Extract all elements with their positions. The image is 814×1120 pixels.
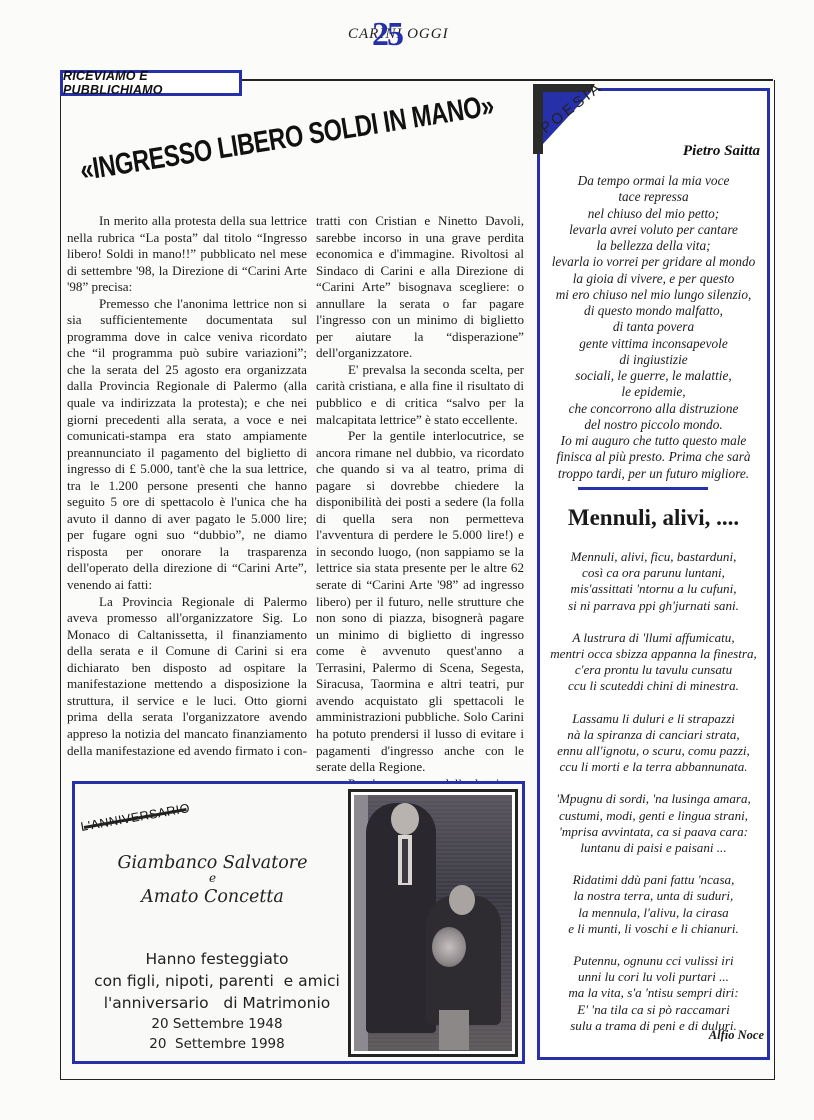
poem-line: ccu li scuteddi chini di minestra.: [540, 678, 767, 694]
poem-line: c'era prontu lu tavulu cunsatu: [540, 662, 767, 678]
article-column-2: tratti con Cristian e Ninetto Davoli, sa…: [316, 213, 524, 826]
poem-line: finisca al più presto. Prima che sarà: [540, 449, 767, 465]
poem-line: ccu li morti e la terra abbannunata.: [540, 759, 767, 775]
poem-line: del nostro piccolo mondo.: [540, 417, 767, 433]
poem-line: Io mi auguro che tutto questo male: [540, 433, 767, 449]
poem-line: di tanta povera: [540, 319, 767, 335]
poem-stanza: A lustrura di 'llumi affumicatu, mentri …: [540, 630, 767, 695]
article-column-1: In merito alla protesta della sua lettri…: [67, 213, 307, 759]
poem-divider: [578, 487, 708, 490]
anniversary-line: con figli, nipoti, parenti e amici: [76, 970, 358, 992]
poem1-body: Da tempo ormai la mia voce tace repressa…: [540, 173, 767, 482]
section-label: RICEVIAMO E PUBBLICHIAMO: [60, 70, 242, 96]
poem-line: nel chiuso del mio petto;: [540, 206, 767, 222]
poem-line: E' 'na tila ca si pò raccamari: [540, 1002, 767, 1018]
poem1-author: Pietro Saitta: [600, 143, 760, 160]
photo-legs: [439, 1010, 469, 1050]
poem-line: le epidemie,: [540, 384, 767, 400]
poem-line: mis'assittati 'ntornu a lu cufuni,: [540, 581, 767, 597]
poem-line: la bellezza della vita;: [540, 238, 767, 254]
poem-line: che concorrono alla distruzione: [540, 401, 767, 417]
poem-line: si ni parrava ppi gh'jurnati sani.: [540, 598, 767, 614]
poem-line: levarla io vorrei per gridare al mondo: [540, 254, 767, 270]
poem-line: la gioia di vivere, e per questo: [540, 271, 767, 287]
anniversary-date: 20 Settembre 1948: [76, 1014, 358, 1034]
poem-line: la nostra terra, unta di suduri,: [540, 888, 767, 904]
poem-stanza: Lassamu li duluri e li strapazzi nà la s…: [540, 711, 767, 776]
poem-stanza: Mennuli, alivi, ficu, bastarduni, così c…: [540, 549, 767, 614]
poem-line: ma la vita, s'a 'ntisu sempri diri:: [540, 985, 767, 1001]
poem-line: Da tempo ormai la mia voce: [540, 173, 767, 189]
poem-line: mi ero chiuso nel mio lungo silenzio,: [540, 287, 767, 303]
poem-line: nà la spiranza di canciari strata,: [540, 727, 767, 743]
photo-tie: [402, 839, 408, 883]
anniversary-line: Hanno festeggiato: [76, 948, 358, 970]
poem-line: Lassamu li duluri e li strapazzi: [540, 711, 767, 727]
poem-line: gente vittima inconsapevole: [540, 336, 767, 352]
poem-line: Putennu, ognunu cci vulissi iri: [540, 953, 767, 969]
anniversary-line: l'anniversario di Matrimonio: [76, 992, 358, 1014]
poem-line: A lustrura di 'llumi affumicatu,: [540, 630, 767, 646]
poem-line: unni lu cori lu voli purtari ...: [540, 969, 767, 985]
poem-line: luntanu di paisi e paisani ...: [540, 840, 767, 856]
couple-photo-frame: [348, 789, 518, 1057]
poem-stanza: 'Mpugnu di sordi, 'na lusinga amara, cus…: [540, 791, 767, 856]
article-paragraph: Premesso che l'anonima lettrice non si s…: [67, 296, 307, 594]
spouse-name-2: Amato Concetta: [80, 882, 345, 912]
poem-line: Mennuli, alivi, ficu, bastarduni,: [540, 549, 767, 565]
poem2-title: Mennuli, alivi, ....: [540, 505, 767, 531]
anniversary-date: 20 Settembre 1998: [76, 1034, 358, 1054]
photo-man-head: [391, 803, 419, 835]
photo-woman-head: [449, 885, 475, 915]
anniversary-names: Giambanco Salvatore e Amato Concetta: [80, 848, 345, 912]
article-paragraph: tratti con Cristian e Ninetto Davoli, sa…: [316, 213, 524, 362]
poem2-author: Alfio Noce: [600, 1028, 764, 1043]
poem-line: Ridatimi ddù pani fattu 'ncasa,: [540, 872, 767, 888]
article-paragraph: Per la gentile interlocutrice, se ancora…: [316, 428, 524, 775]
poem-line: custumi, modi, genti e lingua strani,: [540, 808, 767, 824]
poem-line: levarla avrei voluto per cantare: [540, 222, 767, 238]
photo-flowers: [432, 927, 466, 967]
poem-line: e li munti, li voschi e li chianuri.: [540, 921, 767, 937]
poem-stanza: Putennu, ognunu cci vulissi iri unni lu …: [540, 953, 767, 1034]
poem-line: tace repressa: [540, 189, 767, 205]
poem2-body: Mennuli, alivi, ficu, bastarduni, così c…: [540, 549, 767, 1050]
poem-line: la mennula, l'alivu, la cirasa: [540, 905, 767, 921]
anniversary-text: Hanno festeggiato con figli, nipoti, par…: [76, 948, 358, 1054]
poem-line: così ca ora parunu luntani,: [540, 565, 767, 581]
poem-line: sociali, le guerre, le malattie,: [540, 368, 767, 384]
poem-line: di ingiustizie: [540, 352, 767, 368]
poem-line: mentri occa sbizza appanna la finestra,: [540, 646, 767, 662]
poem-stanza: Ridatimi ddù pani fattu 'ncasa, la nostr…: [540, 872, 767, 937]
article-paragraph: La Provincia Regionale di Palermo aveva …: [67, 594, 307, 759]
poem-line: ennu all'ignotu, o scuru, comu pazzi,: [540, 743, 767, 759]
frame-top-rule: [240, 79, 773, 81]
poem-line: troppo tardi, per un futuro migliore.: [540, 466, 767, 482]
poem-line: 'mprisa avvintata, ca si paava cara:: [540, 824, 767, 840]
poem-line: di questo mondo malfatto,: [540, 303, 767, 319]
masthead: CARINI OGGI 25: [348, 10, 498, 60]
page-number: 25: [372, 16, 402, 54]
poem-line: 'Mpugnu di sordi, 'na lusinga amara,: [540, 791, 767, 807]
article-paragraph: E' prevalsa la seconda scelta, per carit…: [316, 362, 524, 428]
couple-photo: [354, 795, 512, 1051]
article-paragraph: In merito alla protesta della sua lettri…: [67, 213, 307, 296]
